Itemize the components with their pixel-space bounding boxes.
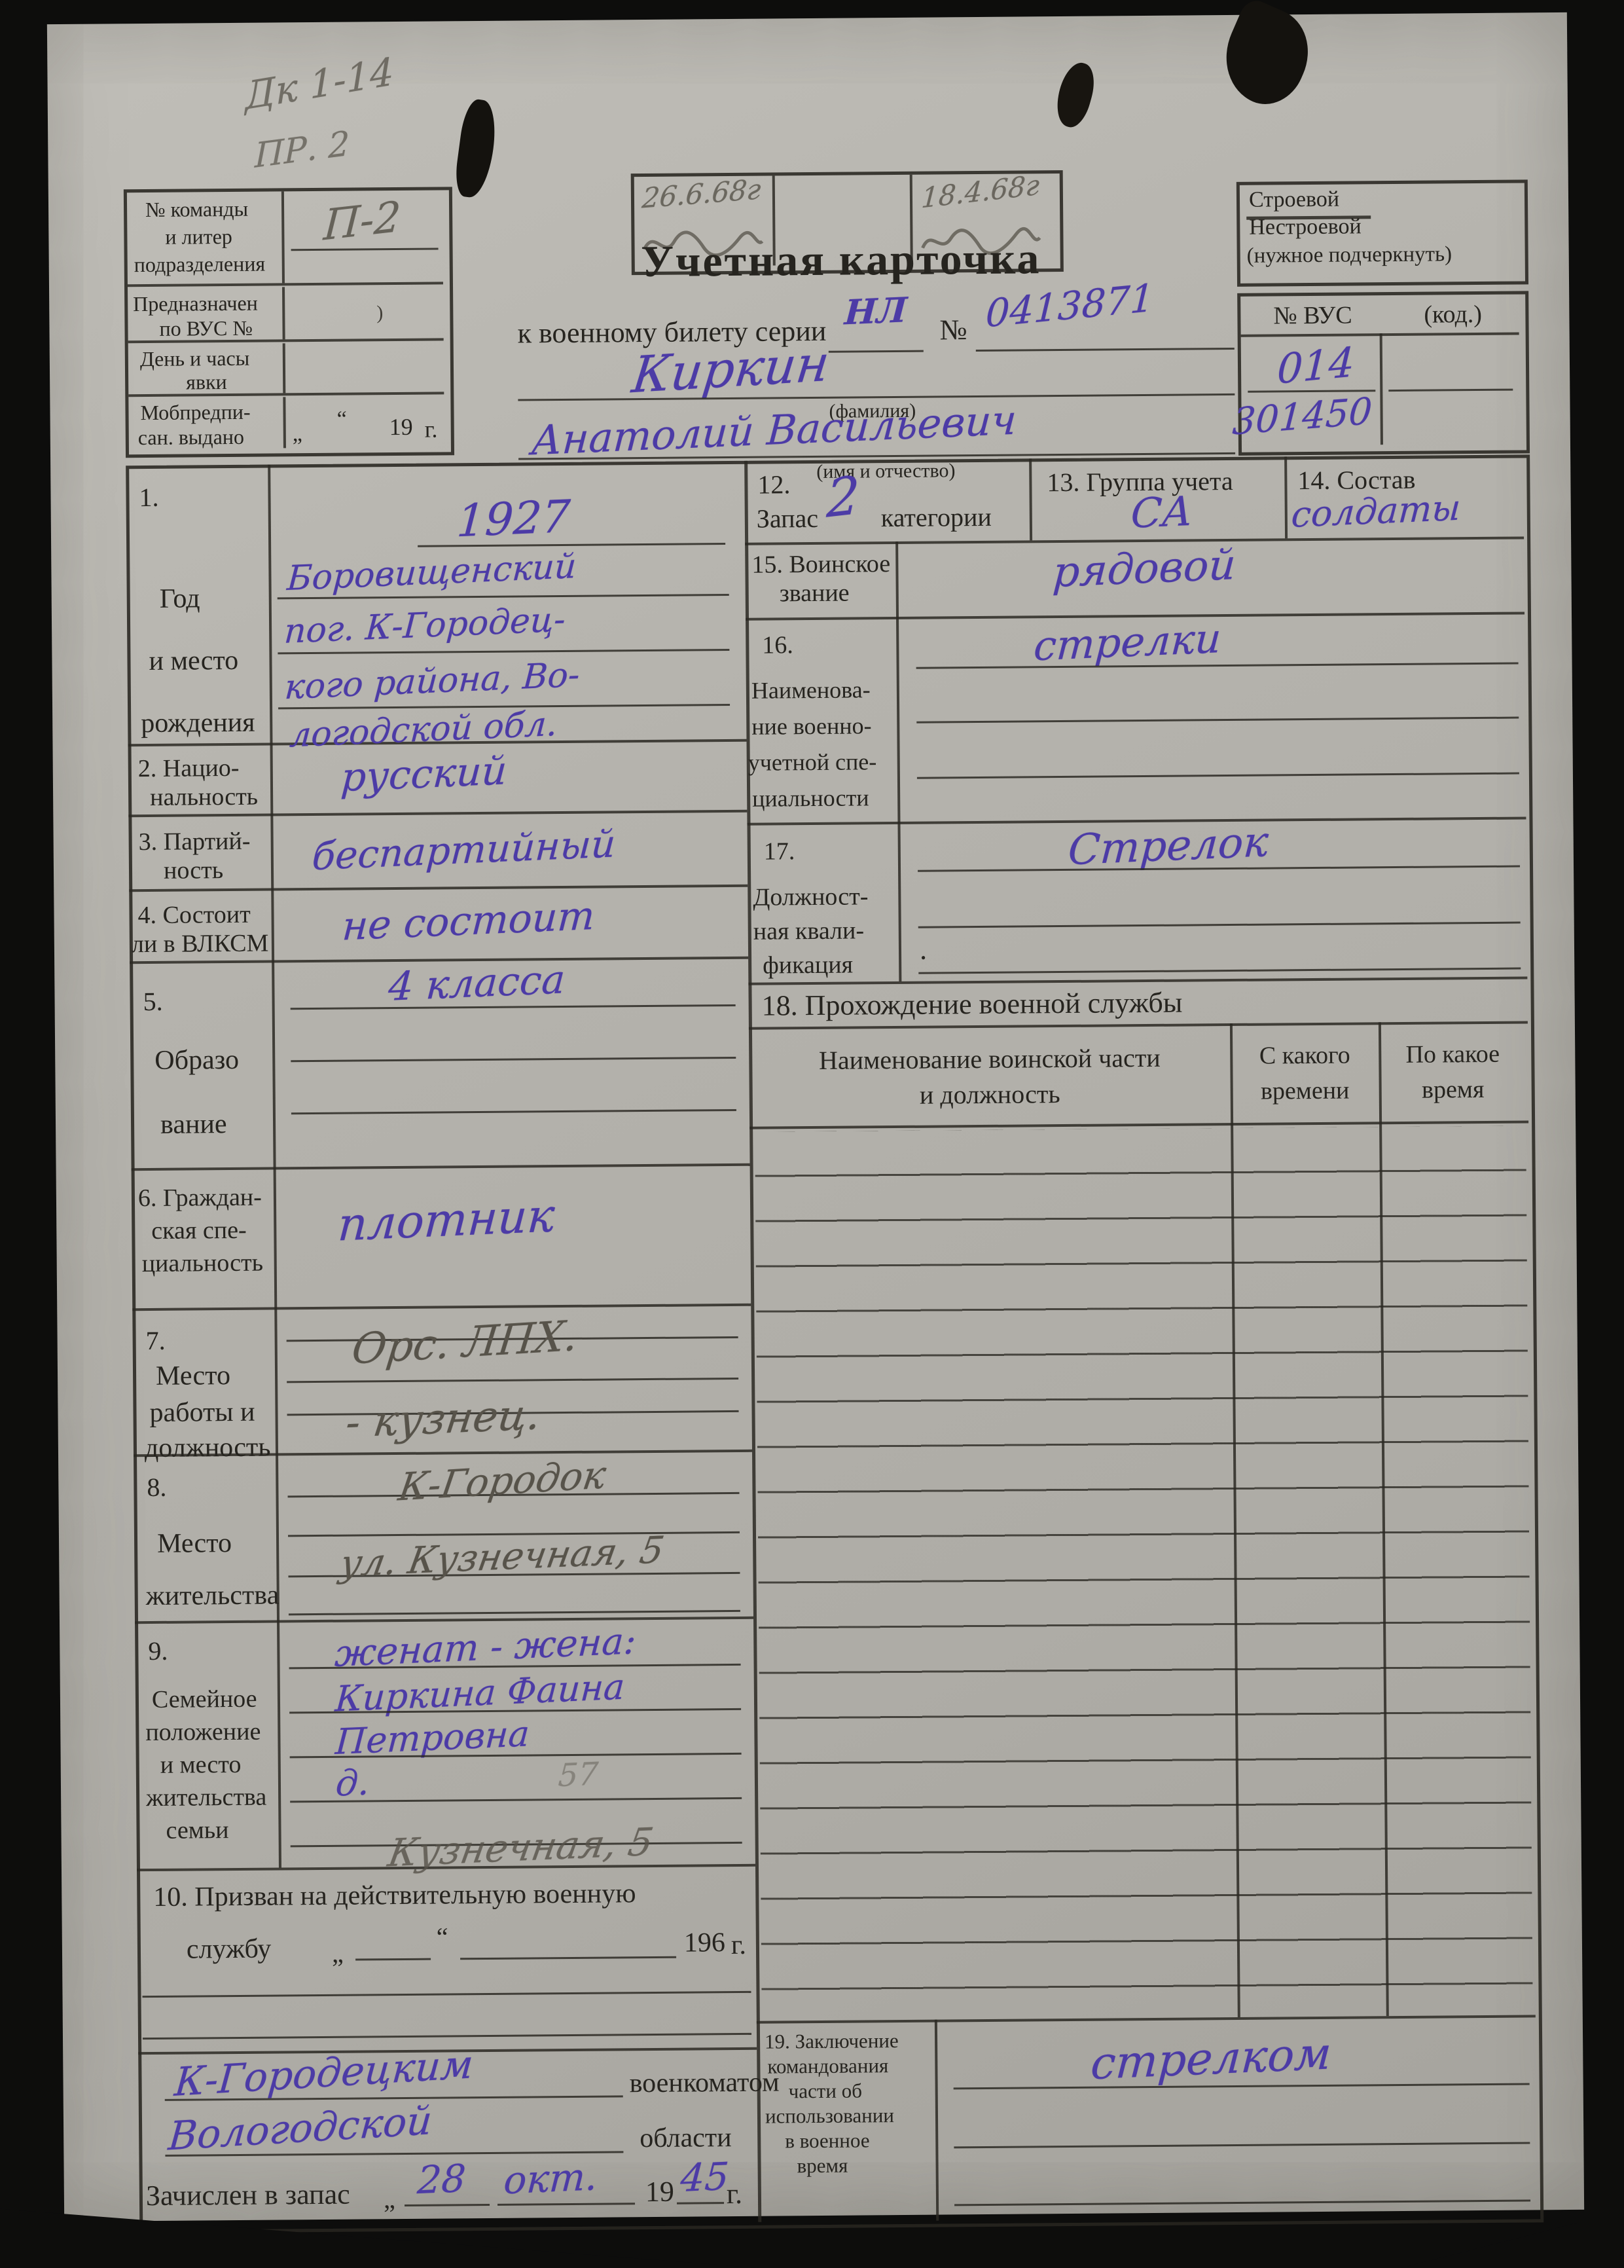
ink-blot — [453, 98, 499, 200]
field5-label: Образо — [154, 1044, 239, 1076]
field19-conclusion-hw: стрелком — [1089, 2028, 1333, 2090]
combat-category-box: Строевой Нестроевой (нужное подчеркнуть) — [1236, 179, 1528, 286]
admin-label: сан. выдано — [138, 425, 244, 450]
field17-label: ная квали- — [753, 916, 865, 945]
field16-label: циальности — [752, 784, 869, 812]
field4-label: 4. Состоит — [137, 900, 251, 930]
field10-label: 10. Призван на действительную военную — [153, 1878, 636, 1913]
field11-year-suffix: г. — [727, 2177, 742, 2210]
field6-label: ская спе- — [151, 1216, 247, 1245]
field6-label: 6. Граждан- — [138, 1183, 262, 1213]
field1-number: 1. — [139, 482, 158, 513]
combat-option-nestroevoy: Нестроевой — [1249, 214, 1362, 240]
admin-label: Предназначен — [133, 291, 258, 316]
field9-label: семьи — [166, 1816, 228, 1845]
field14-composition-hw: солдаты — [1290, 487, 1462, 536]
field19-label: 19. Заключение — [765, 2029, 899, 2054]
field11-enlist-label: Зачислен в запас — [146, 2178, 350, 2212]
quote: “ — [437, 1921, 448, 1952]
admin-label: День и часы — [140, 346, 250, 371]
field15-label: 15. Воинское — [751, 549, 890, 579]
field7-number: 7. — [145, 1325, 165, 1356]
combat-option-stroevoy: Строевой — [1249, 187, 1339, 213]
field10-year-suffix: г. — [731, 1930, 746, 1961]
field8-number: 8. — [147, 1472, 166, 1503]
field19-label: командования — [767, 2054, 888, 2078]
field12-number: 12. — [757, 469, 790, 500]
admin-label: явки — [186, 370, 227, 394]
field5-number: 5. — [143, 986, 162, 1017]
field15-rank-hw: рядовой — [1051, 541, 1237, 597]
field11-month: окт. — [503, 2154, 599, 2203]
surname-handwritten: Киркин — [629, 334, 833, 405]
field3-label: ность — [164, 856, 223, 885]
field10-label: службу — [187, 1933, 272, 1966]
field1-label: рождения — [141, 707, 255, 739]
field9-label: жительства — [146, 1783, 266, 1812]
registration-card: Дк 1-14 ПР. 2 26.6.68г 18.4.68г № команд… — [47, 12, 1584, 2222]
vus-code-handwritten: 301450 — [1231, 390, 1373, 444]
field1-label: Год — [160, 583, 200, 614]
quote: „ — [293, 422, 302, 447]
admin-label: подразделения — [134, 252, 266, 278]
field11-label: военкоматом — [629, 2066, 779, 2099]
field16-label: ние военно- — [751, 712, 872, 740]
admin-label: по ВУС № — [159, 316, 253, 341]
combat-note: (нужное подчеркнуть) — [1247, 242, 1453, 268]
corner-note: ПР. 2 — [255, 124, 350, 176]
field7-label: работы и — [149, 1397, 255, 1429]
field16-number: 16. — [762, 631, 793, 659]
field18-col3-header: время — [1382, 1074, 1525, 1105]
field2-value: русский — [340, 748, 509, 801]
field18-col3-header: По какое — [1381, 1039, 1524, 1069]
corner-note: Дк 1-14 — [244, 49, 394, 119]
field18-title: 18. Прохождение военной службы — [761, 986, 1182, 1023]
field9-value-faint: 57 — [557, 1755, 600, 1794]
quote: “ — [336, 407, 346, 432]
field7-label: Место — [156, 1360, 230, 1392]
field17-label: Должност- — [753, 882, 868, 911]
field11-year-hw: 45 — [679, 2154, 731, 2201]
field5-value: 4 класса — [387, 957, 566, 1010]
vus-label: № ВУС — [1273, 301, 1352, 331]
field12-category-hw: 2 — [825, 464, 860, 530]
field16-label: учетной спе- — [748, 748, 877, 777]
field12-label: Запас — [757, 503, 819, 534]
field9-label: положение — [145, 1717, 261, 1747]
field15-label: звание — [780, 579, 850, 608]
admin-value-team: П-2 — [322, 192, 402, 250]
paper-tear — [1210, 0, 1324, 115]
field17-label: фикация — [763, 951, 853, 980]
field11-label: области — [640, 2122, 732, 2154]
admin-label: Мобпредпи- — [140, 400, 250, 425]
field7-label: должность — [145, 1432, 271, 1465]
year-print: 19 — [389, 413, 413, 441]
field11-day: 28 — [416, 2156, 467, 2203]
field13-group-hw: СА — [1130, 487, 1195, 538]
field8-label: жительства — [146, 1579, 280, 1612]
field17-dot: . — [920, 933, 927, 966]
field17-qualification-hw: Стрелок — [1067, 818, 1270, 875]
field9-number: 9. — [148, 1636, 168, 1666]
vus-box: № ВУС (код.) 014 301450 — [1237, 291, 1530, 455]
series-handwritten: НЛ — [843, 290, 908, 333]
field7-value: - кузнец. — [343, 1391, 544, 1448]
scanned-document-page: Дк 1-14 ПР. 2 26.6.68г 18.4.68г № команд… — [0, 0, 1624, 2268]
admin-block: № команды и литер подразделения П-2 Пред… — [124, 187, 454, 458]
field8-label: Место — [157, 1527, 232, 1560]
field5-label: вание — [160, 1108, 227, 1141]
admin-label: № команды — [145, 197, 248, 222]
field4-label: ли в ВЛКСМ — [132, 929, 269, 959]
quote: „ — [384, 2184, 395, 2214]
field2-label: 2. Нацио- — [138, 754, 240, 783]
admin-value: ) — [376, 302, 383, 324]
field19-label: время — [797, 2154, 848, 2178]
field18-col1-header: и должность — [756, 1077, 1224, 1112]
page-title: Учетная карточка — [546, 232, 1136, 288]
field19-label: в военное — [785, 2129, 870, 2153]
field17-number: 17. — [764, 837, 795, 866]
stamp-date-right: 18.4.68г — [920, 168, 1040, 214]
field12-label: категории — [881, 502, 992, 533]
stamp-date-left: 26.6.68г — [641, 173, 763, 215]
field10-year: 196 — [684, 1927, 725, 1958]
field18-col2-header: С какого — [1233, 1040, 1376, 1070]
field1-label: и место — [149, 645, 238, 677]
paper-hole — [1051, 59, 1100, 131]
field2-label: нальность — [150, 782, 258, 812]
bottom-right-shadow — [1401, 2223, 1578, 2268]
field9-label: и место — [160, 1750, 242, 1780]
field6-value: плотник — [336, 1188, 556, 1251]
year-suffix: г. — [425, 416, 438, 443]
field18-col2-header: времени — [1234, 1076, 1377, 1106]
field3-label: 3. Партий- — [138, 827, 250, 856]
quote: „ — [332, 1938, 344, 1969]
field16-label: Наименова- — [751, 676, 871, 704]
field18-col1-header: Наименование воинской части — [755, 1042, 1223, 1076]
field9-value: д. — [334, 1761, 370, 1804]
field6-label: циальность — [142, 1249, 264, 1278]
vus-kod-label: (код.) — [1424, 300, 1482, 329]
field19-label: использовании — [765, 2104, 894, 2129]
number-sign: № — [939, 313, 967, 346]
field16-specialty-hw: стрелки — [1032, 614, 1223, 670]
field19-label: части об — [789, 2079, 863, 2103]
vus-value-handwritten: 014 — [1276, 338, 1356, 393]
field1-value-year: 1927 — [455, 491, 571, 548]
field9-label: Семейное — [152, 1685, 257, 1714]
field18-empty-rows — [755, 1125, 1533, 2017]
field11-year-print: 19 — [645, 2175, 674, 2208]
admin-label: и литер — [165, 225, 232, 249]
